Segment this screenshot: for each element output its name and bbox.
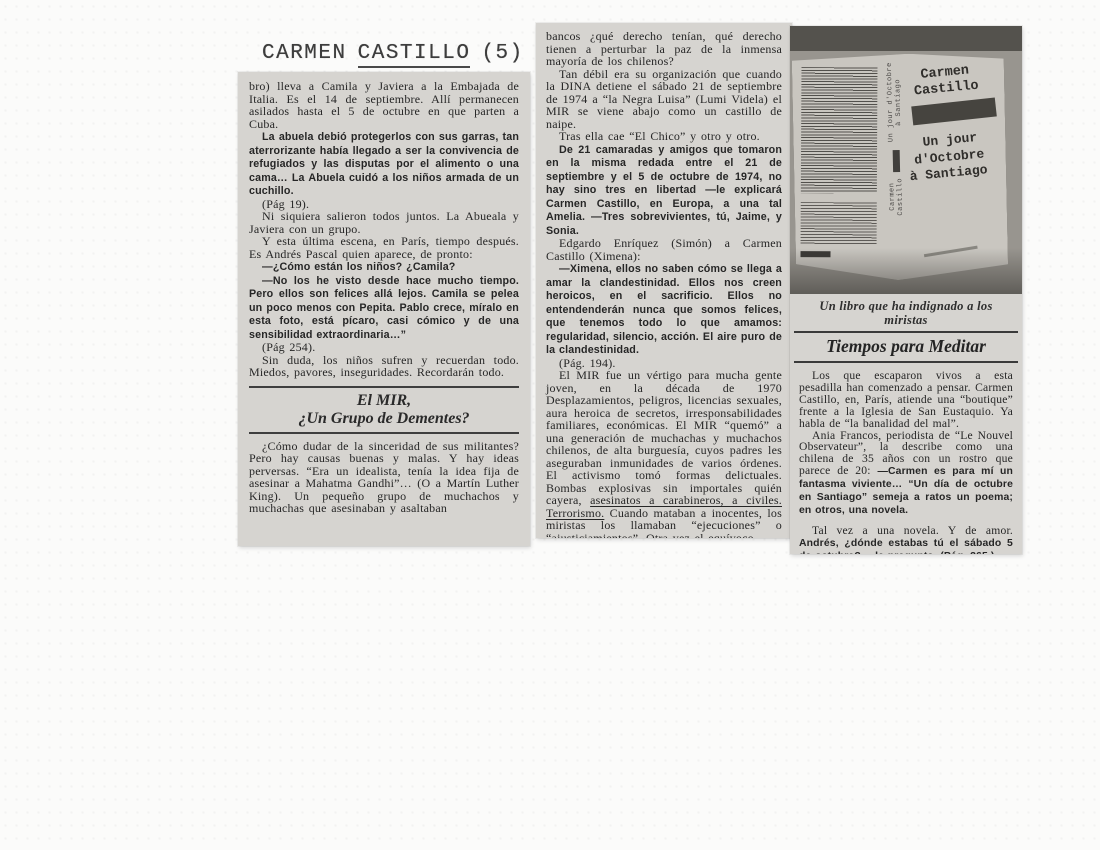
back-cover-text-block [801, 202, 877, 244]
clipping-column-1: bro) lleva a Camila y Javiera a la Embaj… [238, 72, 530, 546]
book-spine-title: Un jour d'Octobre à Santiago [886, 62, 904, 142]
article-paragraph: El MIR fue un vértigo para mucha gente j… [546, 369, 782, 538]
article-paragraph: Ania Francos, periodista de “Le Nouvel O… [799, 430, 1013, 517]
article-text: bancos ¿qué derecho tenían, qué derecho … [546, 29, 782, 68]
article-text-bold: —¿Cómo están los niños? ¿Camila? [262, 261, 455, 273]
article-text: El MIR fue un vértigo para mucha gente j… [546, 368, 782, 507]
article-text: Ni siquiera salieron todos juntos. La Ab… [249, 209, 519, 236]
scanned-press-clipping-page: CARMENCASTILLO(5) bro) lleva a Camila y … [0, 0, 1100, 850]
book-front-cover: Carmen Castillo Un jour d'Octobre à Sant… [904, 61, 1008, 186]
book-photo: Un jour d'Octobre à Santiago Carmen Cast… [790, 26, 1022, 294]
article-text: Tras ella cae “El Chico” y otro y otro. [559, 129, 760, 143]
article-text-bold: Andrés, ¿dónde estabas tú el sábado 5 de… [799, 538, 1013, 554]
page-title: CARMENCASTILLO(5) [262, 42, 524, 66]
section-heading-tiempos-para-meditar: Tiempos para Meditar [794, 331, 1018, 363]
article-text-bold: La abuela debió protegerlos con sus garr… [249, 131, 519, 197]
book-spine-author: Carmen Castillo [888, 178, 905, 216]
book-spine-mark [892, 150, 899, 172]
article-text-bold: —No los he visto desde hace mucho tiempo… [249, 275, 519, 341]
cover-bar [911, 97, 997, 125]
article-text: Y esta última escena, en París, tiempo d… [249, 234, 519, 261]
article-paragraph: Tan débil era su organización que cuando… [546, 68, 782, 131]
section-heading-label: Tiempos para Meditar [826, 336, 986, 356]
article-text: Tal vez a una novela. Y de amor. [812, 524, 1013, 537]
book-back-cover-text [800, 67, 877, 265]
section-heading-line: El MIR, [249, 392, 519, 410]
article-text-bold: De 21 camaradas y amigos que tomaron en … [546, 144, 782, 237]
article-paragraph: —Ximena, ellos no saben cómo se llega a … [546, 262, 782, 357]
article-paragraph: Los que escaparon vivos a esta pesadilla… [799, 370, 1013, 430]
article-text: Edgardo Enríquez (Simón) a Carmen Castil… [546, 236, 782, 263]
photo-caption: Un libro que ha indignado a los miristas [798, 299, 1014, 327]
clipping-column-2: bancos ¿qué derecho tenían, qué derecho … [536, 23, 792, 538]
article-paragraph: Y esta última escena, en París, tiempo d… [249, 235, 519, 260]
photo-floor-shadow [790, 248, 1022, 294]
article-text: bro) lleva a Camila y Javiera a la Embaj… [249, 79, 519, 131]
article-text: ¿Cómo dudar de la sinceridad de sus mili… [249, 439, 519, 516]
article-paragraph: —¿Cómo están los niños? ¿Camila? [249, 260, 519, 274]
article-paragraph: Edgardo Enríquez (Simón) a Carmen Castil… [546, 237, 782, 262]
back-cover-text-block [801, 67, 878, 193]
article-paragraph: Tal vez a una novela. Y de amor. Andrés,… [799, 525, 1013, 554]
page-title-word-2: CASTILLO [358, 42, 471, 68]
article-text: Tan débil era su organización que cuando… [546, 67, 782, 131]
column-3-article-text: Los que escaparon vivos a esta pesadilla… [790, 367, 1022, 554]
heading-rule [249, 432, 519, 434]
section-heading-line: ¿Un Grupo de Dementes? [249, 410, 519, 428]
article-paragraph: bancos ¿qué derecho tenían, qué derecho … [546, 30, 782, 68]
article-paragraph: bro) lleva a Camila y Javiera a la Embaj… [249, 80, 519, 130]
section-heading-el-mir: El MIR,¿Un Grupo de Dementes? [249, 386, 519, 434]
article-paragraph: La abuela debió protegerlos con sus garr… [249, 130, 519, 198]
page-title-word-1: CARMEN [262, 42, 347, 65]
heading-rule [249, 386, 519, 388]
article-text: Sin duda, los niños sufren y recuerdan t… [249, 353, 519, 380]
article-paragraph: Sin duda, los niños sufren y recuerdan t… [249, 354, 519, 379]
photo-background-band [790, 26, 1022, 51]
article-paragraph: —No los he visto desde hace mucho tiempo… [249, 274, 519, 342]
article-paragraph: Tras ella cae “El Chico” y otro y otro. [546, 130, 782, 143]
article-text-bold: —Ximena, ellos no saben cómo se llega a … [546, 263, 782, 356]
article-paragraph: Ni siquiera salieron todos juntos. La Ab… [249, 210, 519, 235]
article-text: Los que escaparon vivos a esta pesadilla… [799, 369, 1013, 430]
clipping-column-3: Un jour d'Octobre à Santiago Carmen Cast… [790, 26, 1022, 554]
article-paragraph: ¿Cómo dudar de la sinceridad de sus mili… [249, 440, 519, 515]
page-title-number: (5) [481, 42, 523, 65]
article-paragraph: De 21 camaradas y amigos que tomaron en … [546, 143, 782, 238]
